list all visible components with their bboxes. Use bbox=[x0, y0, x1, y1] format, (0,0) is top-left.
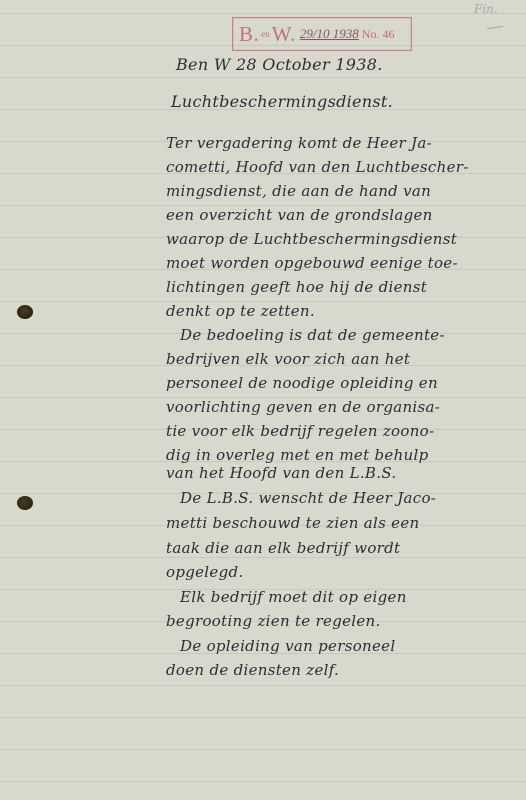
text-line: voorlichting geven en de organisa- bbox=[166, 398, 440, 416]
text-line: De L.B.S. wenscht de Heer Jaco- bbox=[180, 489, 436, 507]
corner-dash-mark bbox=[487, 26, 503, 29]
text-line: De opleiding van personeel bbox=[180, 637, 395, 655]
text-line: doen de diensten zelf. bbox=[166, 661, 339, 679]
stamp-date: 29/10 1938 bbox=[300, 26, 359, 42]
text-line: De bedoeling is dat de gemeente- bbox=[180, 326, 445, 344]
heading: Luchtbeschermingsdienst. bbox=[171, 92, 393, 111]
text-line: dig in overleg met en met behulp bbox=[166, 446, 429, 464]
text-line: personeel de noodige opleiding en bbox=[166, 374, 438, 392]
punch-hole-bottom bbox=[17, 496, 33, 510]
text-line: opgelegd. bbox=[166, 563, 243, 581]
corner-annotation: Fin. bbox=[474, 2, 498, 16]
date-line: Ben W 28 October 1938. bbox=[176, 55, 383, 74]
text-line: Ter vergadering komt de Heer Ja- bbox=[166, 134, 432, 152]
text-line: mingsdienst, die aan de hand van bbox=[166, 182, 431, 200]
stamp-prefix: B. bbox=[239, 22, 259, 47]
text-line: begrooting zien te regelen. bbox=[166, 612, 381, 630]
text-line: tie voor elk bedrijf regelen zoono- bbox=[166, 422, 434, 440]
text-line: waarop de Luchtbeschermingsdienst bbox=[166, 230, 457, 248]
text-line: taak die aan elk bedrijf wordt bbox=[166, 539, 400, 557]
text-line: metti beschouwd te zien als een bbox=[166, 514, 419, 532]
bw-stamp: B. en W. 29/10 1938 No. 46 bbox=[232, 17, 412, 51]
text-line: moet worden opgebouwd eenige toe- bbox=[166, 254, 458, 272]
text-line: cometti, Hoofd van den Luchtbescher- bbox=[166, 158, 469, 176]
stamp-conjunction: en bbox=[261, 29, 270, 39]
text-line: een overzicht van de grondslagen bbox=[166, 206, 433, 224]
text-line: van het Hoofd van den L.B.S. bbox=[166, 464, 396, 482]
text-line: bedrijven elk voor zich aan het bbox=[166, 350, 410, 368]
punch-hole-top bbox=[17, 305, 33, 319]
text-line: Elk bedrijf moet dit op eigen bbox=[180, 588, 407, 606]
document-page: Fin. B. en W. 29/10 1938 No. 46 Ben W 28… bbox=[0, 0, 526, 800]
text-line: denkt op te zetten. bbox=[166, 302, 315, 320]
stamp-suffix: W. bbox=[272, 22, 296, 47]
text-line: lichtingen geeft hoe hij de dienst bbox=[166, 278, 427, 296]
stamp-number: No. 46 bbox=[362, 27, 395, 42]
